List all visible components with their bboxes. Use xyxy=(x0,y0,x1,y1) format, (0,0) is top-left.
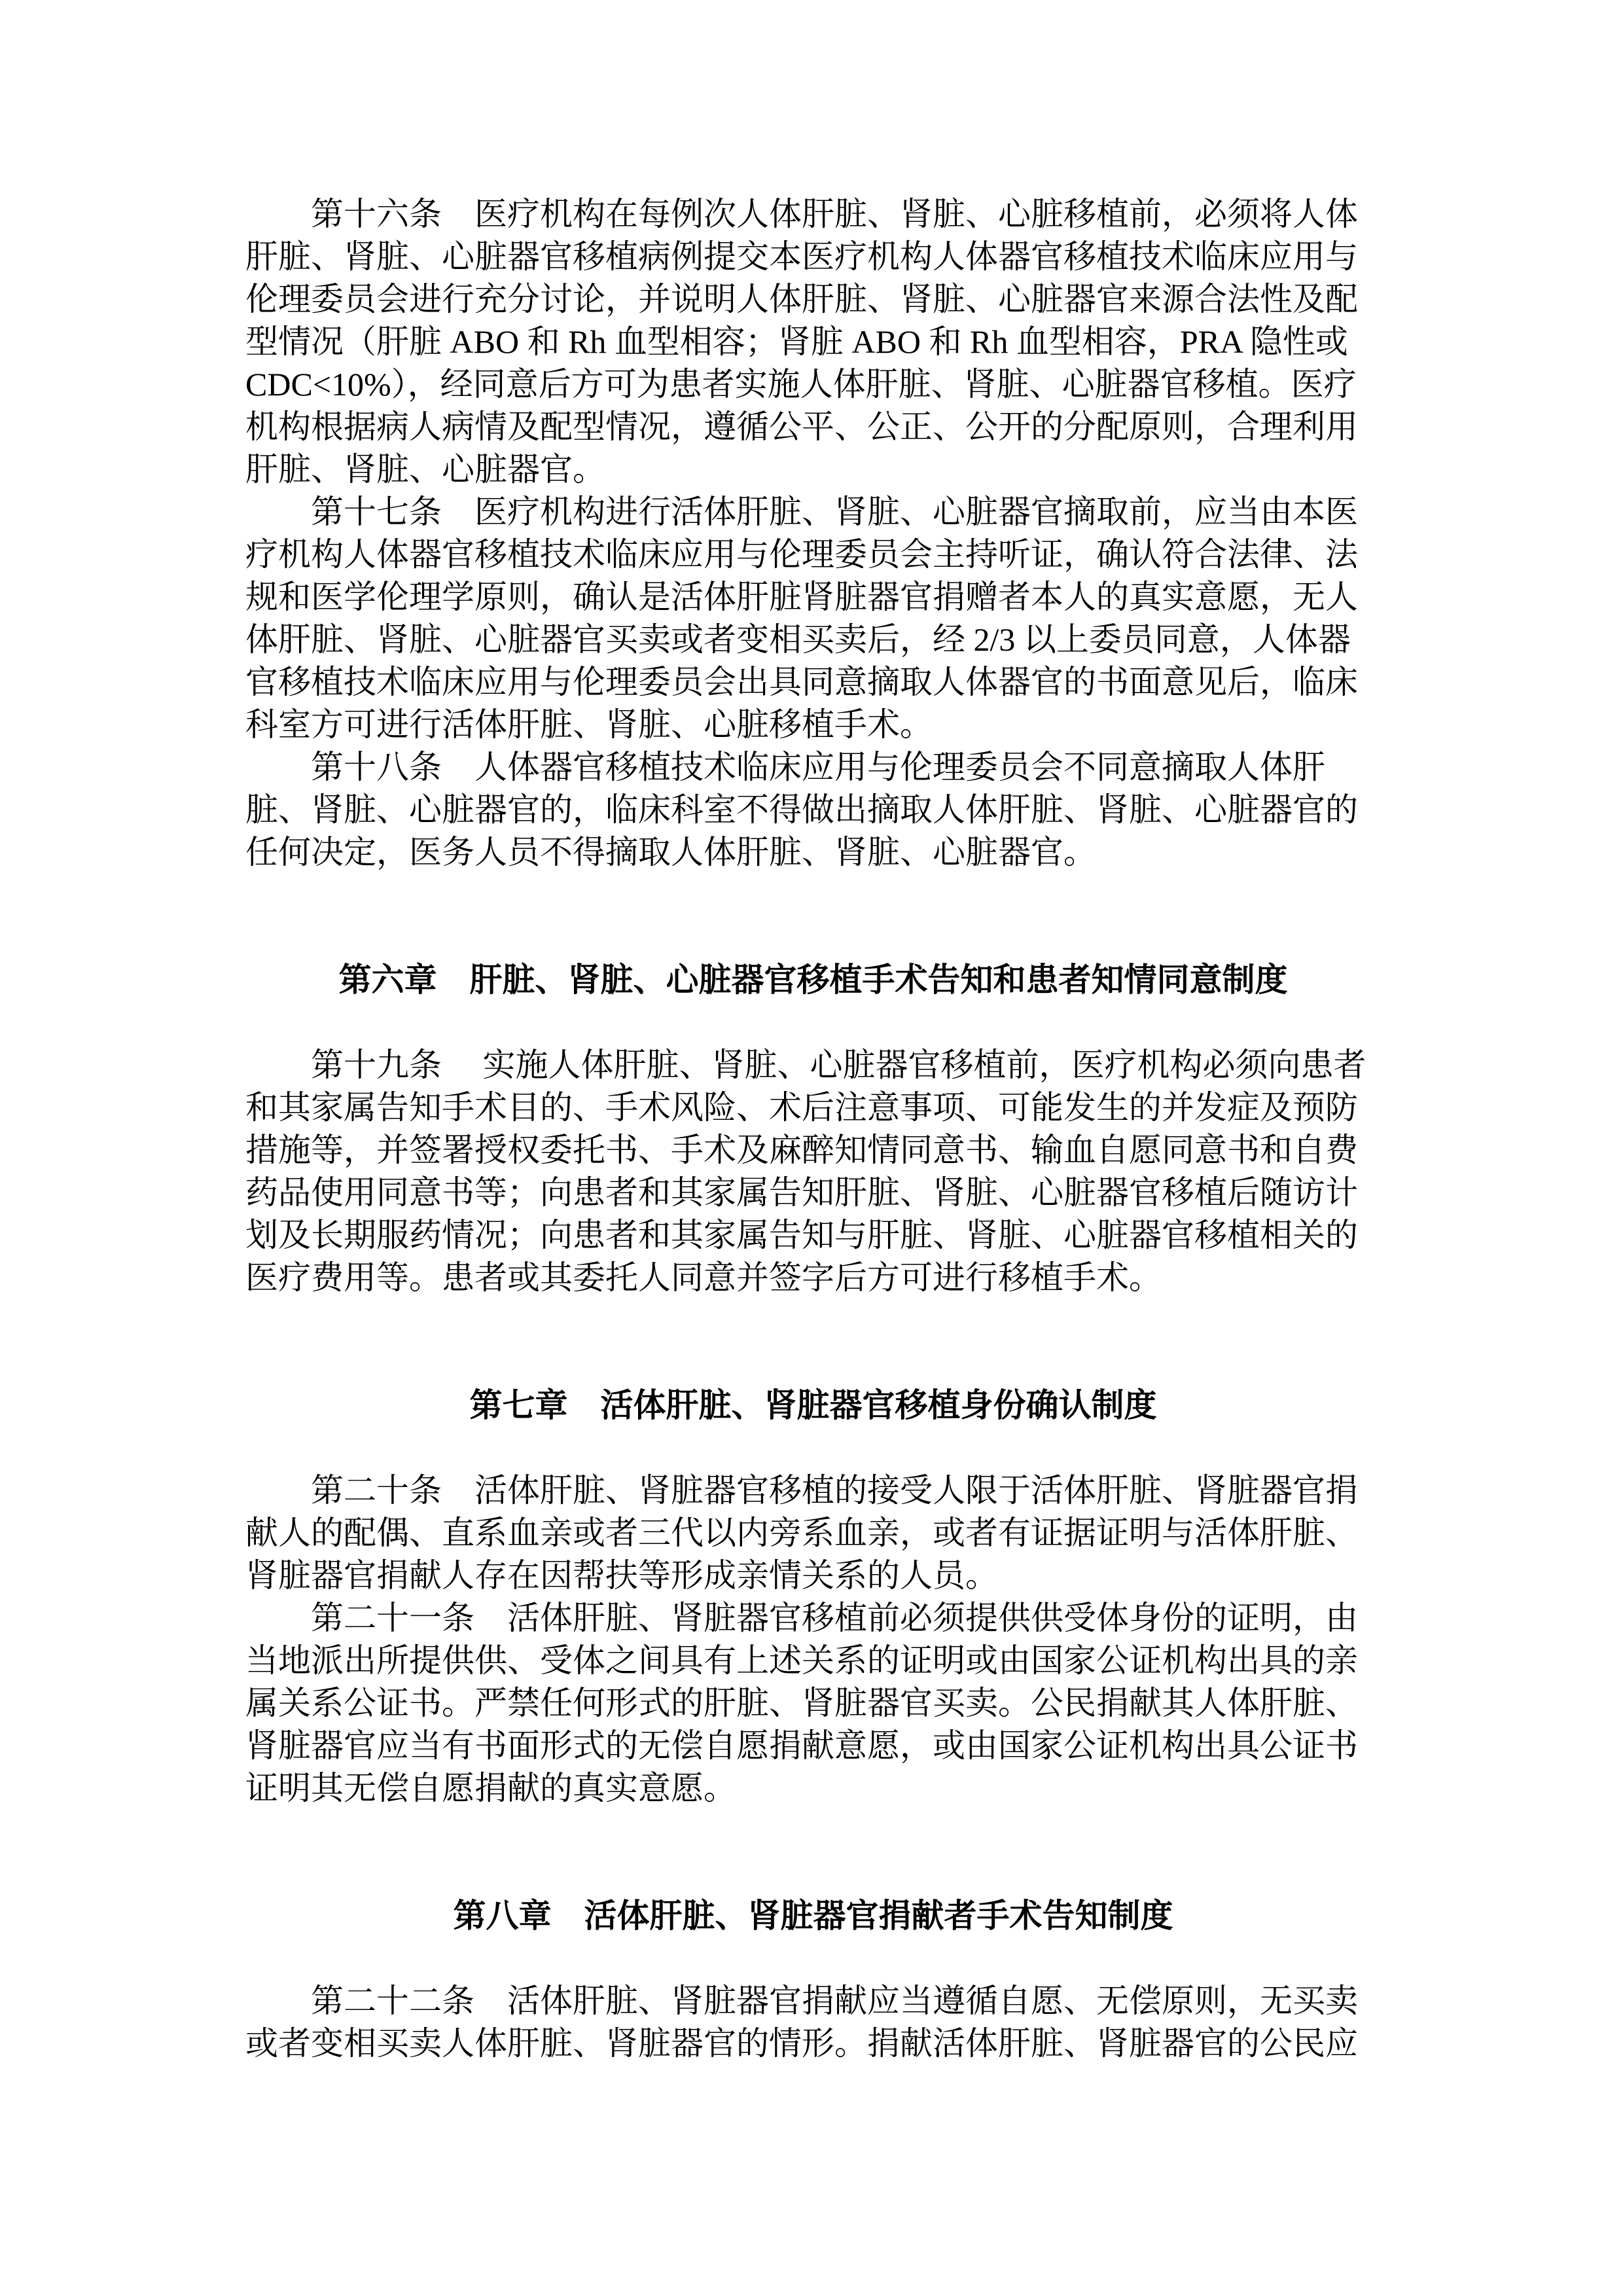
chapter-6-heading: 第六章 肝脏、肾脏、心脏器官移植手术告知和患者知情同意制度 xyxy=(245,959,1381,1001)
chapter-8-heading: 第八章 活体肝脏、肾脏器官捐献者手术告知制度 xyxy=(245,1895,1381,1937)
article-22-paragraph: 第二十二条 活体肝脏、肾脏器官捐献应当遵循自愿、无偿原则，无买卖 或者变相买卖人… xyxy=(245,1980,1381,2065)
document-page: 第十六条 医疗机构在每例次人体肝脏、肾脏、心脏移植前，必须将人体 肝脏、肾脏、心… xyxy=(0,0,1623,2296)
article-16-paragraph: 第十六条 医疗机构在每例次人体肝脏、肾脏、心脏移植前，必须将人体 肝脏、肾脏、心… xyxy=(245,193,1381,491)
chapter-7-heading: 第七章 活体肝脏、肾脏器官移植身份确认制度 xyxy=(245,1384,1381,1427)
article-18-paragraph: 第十八条 人体器官移植技术临床应用与伦理委员会不同意摘取人体肝 脏、肾脏、心脏器… xyxy=(245,746,1381,874)
article-21-paragraph: 第二十一条 活体肝脏、肾脏器官移植前必须提供供受体身份的证明，由 当地派出所提供… xyxy=(245,1597,1381,1810)
article-20-paragraph: 第二十条 活体肝脏、肾脏器官移植的接受人限于活体肝脏、肾脏器官捐 献人的配偶、直… xyxy=(245,1469,1381,1597)
article-17-paragraph: 第十七条 医疗机构进行活体肝脏、肾脏、心脏器官摘取前，应当由本医 疗机构人体器官… xyxy=(245,491,1381,746)
article-19-paragraph: 第十九条 实施人体肝脏、肾脏、心脏器官移植前，医疗机构必须向患者 和其家属告知手… xyxy=(245,1044,1381,1299)
